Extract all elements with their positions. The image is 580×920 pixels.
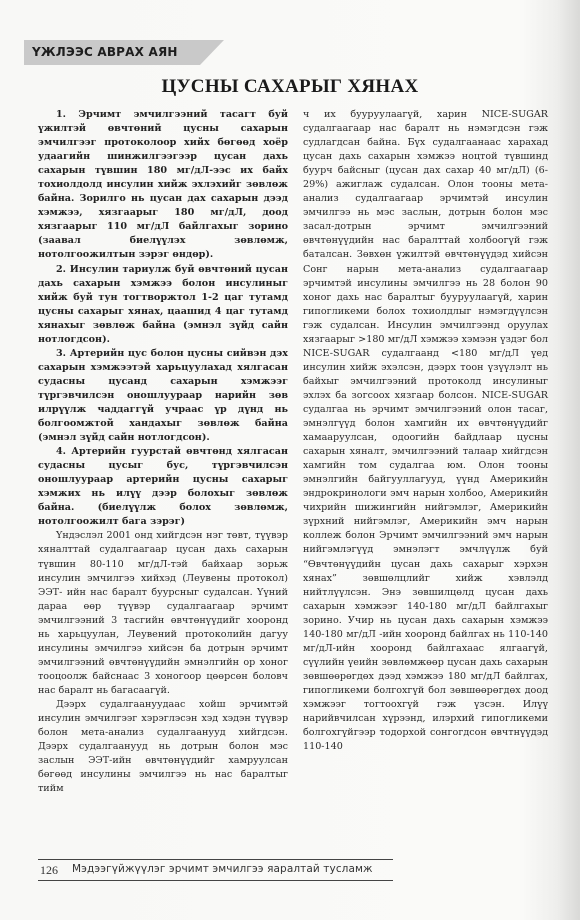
left-column: 1. Эрчимт эмчилгээний тасагт буй үжилтэй…	[38, 108, 288, 796]
studies-paragraph: Дээрх судалгаануудаас хойш эрчимтэй инсу…	[38, 698, 288, 796]
recommendation-2: 2. Инсулин тариулж буй өвчтөний цусан да…	[38, 263, 288, 347]
right-column: ч их бууруулаагүй, харин NICE-SUGAR суда…	[303, 108, 548, 754]
page-footer: 126 Мэдээгүйжүүлэг эрчимт эмчилгээ яарал…	[38, 859, 393, 881]
book-title: Мэдээгүйжүүлэг эрчимт эмчилгээ яаралтай …	[72, 863, 373, 875]
rationale-paragraph: Үндэслэл 2001 онд хийгдсэн нэг төвт, түү…	[38, 529, 288, 698]
page-title: ЦУСНЫ САХАРЫГ ХЯНАХ	[0, 76, 580, 98]
page-number: 126	[40, 863, 58, 878]
continued-paragraph: ч их бууруулаагүй, харин NICE-SUGAR суда…	[303, 108, 548, 754]
document-page: ҮЖЛЭЭС АВРАХ АЯН ЦУСНЫ САХАРЫГ ХЯНАХ 1. …	[0, 0, 580, 920]
recommendation-4: 4. Артерийн гуурстай өвчтөнд хялгасан су…	[38, 445, 288, 529]
section-label-tab: ҮЖЛЭЭС АВРАХ АЯН	[24, 40, 224, 65]
recommendation-1: 1. Эрчимт эмчилгээний тасагт буй үжилтэй…	[38, 108, 288, 263]
recommendation-3: 3. Артерийн цус болон цусны сийвэн дэх с…	[38, 347, 288, 445]
section-label: ҮЖЛЭЭС АВРАХ АЯН	[32, 45, 178, 59]
